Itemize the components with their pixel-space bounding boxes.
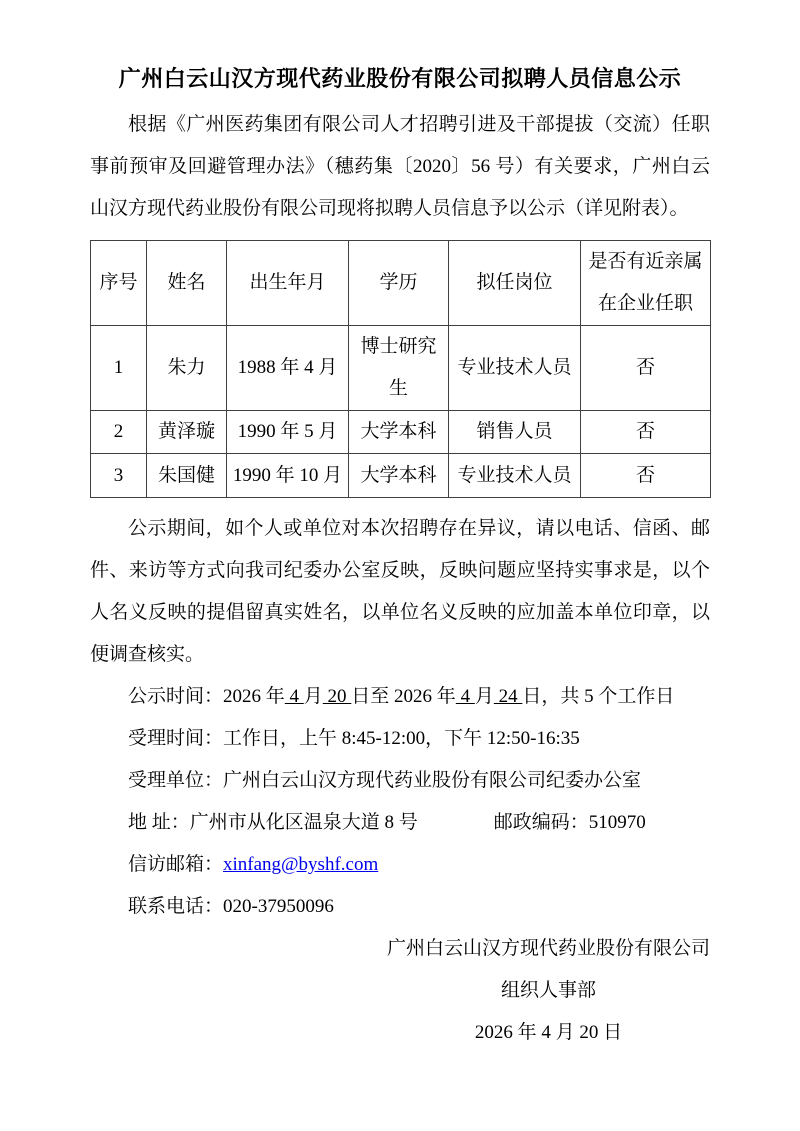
publicity-start-day: 20 [323, 686, 352, 707]
signature-block: 广州白云山汉方现代药业股份有限公司 组织人事部 2026 年 4 月 20 日 [387, 928, 710, 1054]
cell-name: 朱力 [147, 326, 227, 411]
cell-position: 专业技术人员 [449, 326, 581, 411]
header-relatives: 是否有近亲属在企业任职 [581, 241, 711, 326]
complaint-paragraph: 公示期间，如个人或单位对本次招聘存在异议，请以电话、信函、邮件、来访等方式向我司… [90, 508, 710, 676]
postcode-group: 邮政编码：510970 [494, 812, 646, 833]
document-title: 广州白云山汉方现代药业股份有限公司拟聘人员信息公示 [90, 62, 710, 96]
publicity-time-label: 公示时间： [128, 686, 223, 707]
cell-no: 1 [91, 326, 147, 411]
candidates-table: 序号 姓名 出生年月 学历 拟任岗位 是否有近亲属在企业任职 1 朱力 1988… [90, 240, 711, 498]
accept-unit-value: 广州白云山汉方现代药业股份有限公司纪委办公室 [223, 770, 641, 791]
header-education: 学历 [349, 241, 449, 326]
publicity-time-line: 公示时间：2026 年 4 月 20 日至 2026 年 4 月 24 日，共 … [90, 676, 710, 718]
table-header-row: 序号 姓名 出生年月 学历 拟任岗位 是否有近亲属在企业任职 [91, 241, 711, 326]
table-row: 2 黄泽璇 1990 年 5 月 大学本科 销售人员 否 [91, 411, 711, 454]
cell-birth: 1988 年 4 月 [227, 326, 349, 411]
accept-time-label: 受理时间： [128, 728, 223, 749]
phone-line: 联系电话：020-37950096 [90, 886, 710, 928]
postcode-label: 邮政编码： [494, 812, 589, 833]
cell-position: 专业技术人员 [449, 454, 581, 498]
signature-date: 2026 年 4 月 20 日 [387, 1012, 710, 1054]
accept-time-value: 工作日，上午 8:45-12:00，下午 12:50-16:35 [223, 728, 580, 749]
publicity-start-month: 4 [285, 686, 304, 707]
email-label: 信访邮箱： [128, 854, 223, 875]
cell-birth: 1990 年 10 月 [227, 454, 349, 498]
cell-position: 销售人员 [449, 411, 581, 454]
table-row: 3 朱国健 1990 年 10 月 大学本科 专业技术人员 否 [91, 454, 711, 498]
publicity-time-text: 日至 2026 年 [351, 686, 456, 707]
phone-value: 020-37950096 [223, 896, 334, 917]
publicity-time-text: 日，共 5 个工作日 [522, 686, 674, 707]
email-link[interactable]: xinfang@byshf.com [223, 854, 378, 875]
publicity-end-month: 4 [456, 686, 475, 707]
publicity-time-text: 月 [475, 686, 494, 707]
cell-birth: 1990 年 5 月 [227, 411, 349, 454]
phone-label: 联系电话： [128, 896, 223, 917]
intro-paragraph: 根据《广州医药集团有限公司人才招聘引进及干部提拔（交流）任职事前预审及回避管理办… [90, 104, 710, 230]
table-row: 1 朱力 1988 年 4 月 博士研究生 专业技术人员 否 [91, 326, 711, 411]
email-line: 信访邮箱：xinfang@byshf.com [90, 844, 710, 886]
document-page: 广州白云山汉方现代药业股份有限公司拟聘人员信息公示 根据《广州医药集团有限公司人… [0, 0, 800, 1131]
address-line: 地 址：广州市从化区温泉大道 8 号邮政编码：510970 [90, 802, 710, 844]
publicity-time-text: 月 [304, 686, 323, 707]
accept-unit-label: 受理单位： [128, 770, 223, 791]
signature-department: 组织人事部 [387, 970, 710, 1012]
header-birth: 出生年月 [227, 241, 349, 326]
header-position: 拟任岗位 [449, 241, 581, 326]
cell-no: 2 [91, 411, 147, 454]
cell-relatives: 否 [581, 454, 711, 498]
cell-education: 大学本科 [349, 411, 449, 454]
header-name: 姓名 [147, 241, 227, 326]
cell-education: 博士研究生 [349, 326, 449, 411]
publicity-time-text: 2026 年 [223, 686, 285, 707]
header-no: 序号 [91, 241, 147, 326]
signature-company: 广州白云山汉方现代药业股份有限公司 [387, 928, 710, 970]
cell-relatives: 否 [581, 326, 711, 411]
postcode-value: 510970 [589, 812, 646, 833]
cell-relatives: 否 [581, 411, 711, 454]
cell-name: 黄泽璇 [147, 411, 227, 454]
address-value: 广州市从化区温泉大道 8 号 [190, 812, 418, 833]
accept-unit-line: 受理单位：广州白云山汉方现代药业股份有限公司纪委办公室 [90, 760, 710, 802]
cell-no: 3 [91, 454, 147, 498]
publicity-end-day: 24 [494, 686, 523, 707]
cell-education: 大学本科 [349, 454, 449, 498]
accept-time-line: 受理时间：工作日，上午 8:45-12:00，下午 12:50-16:35 [90, 718, 710, 760]
cell-name: 朱国健 [147, 454, 227, 498]
address-label: 地 址： [128, 812, 190, 833]
